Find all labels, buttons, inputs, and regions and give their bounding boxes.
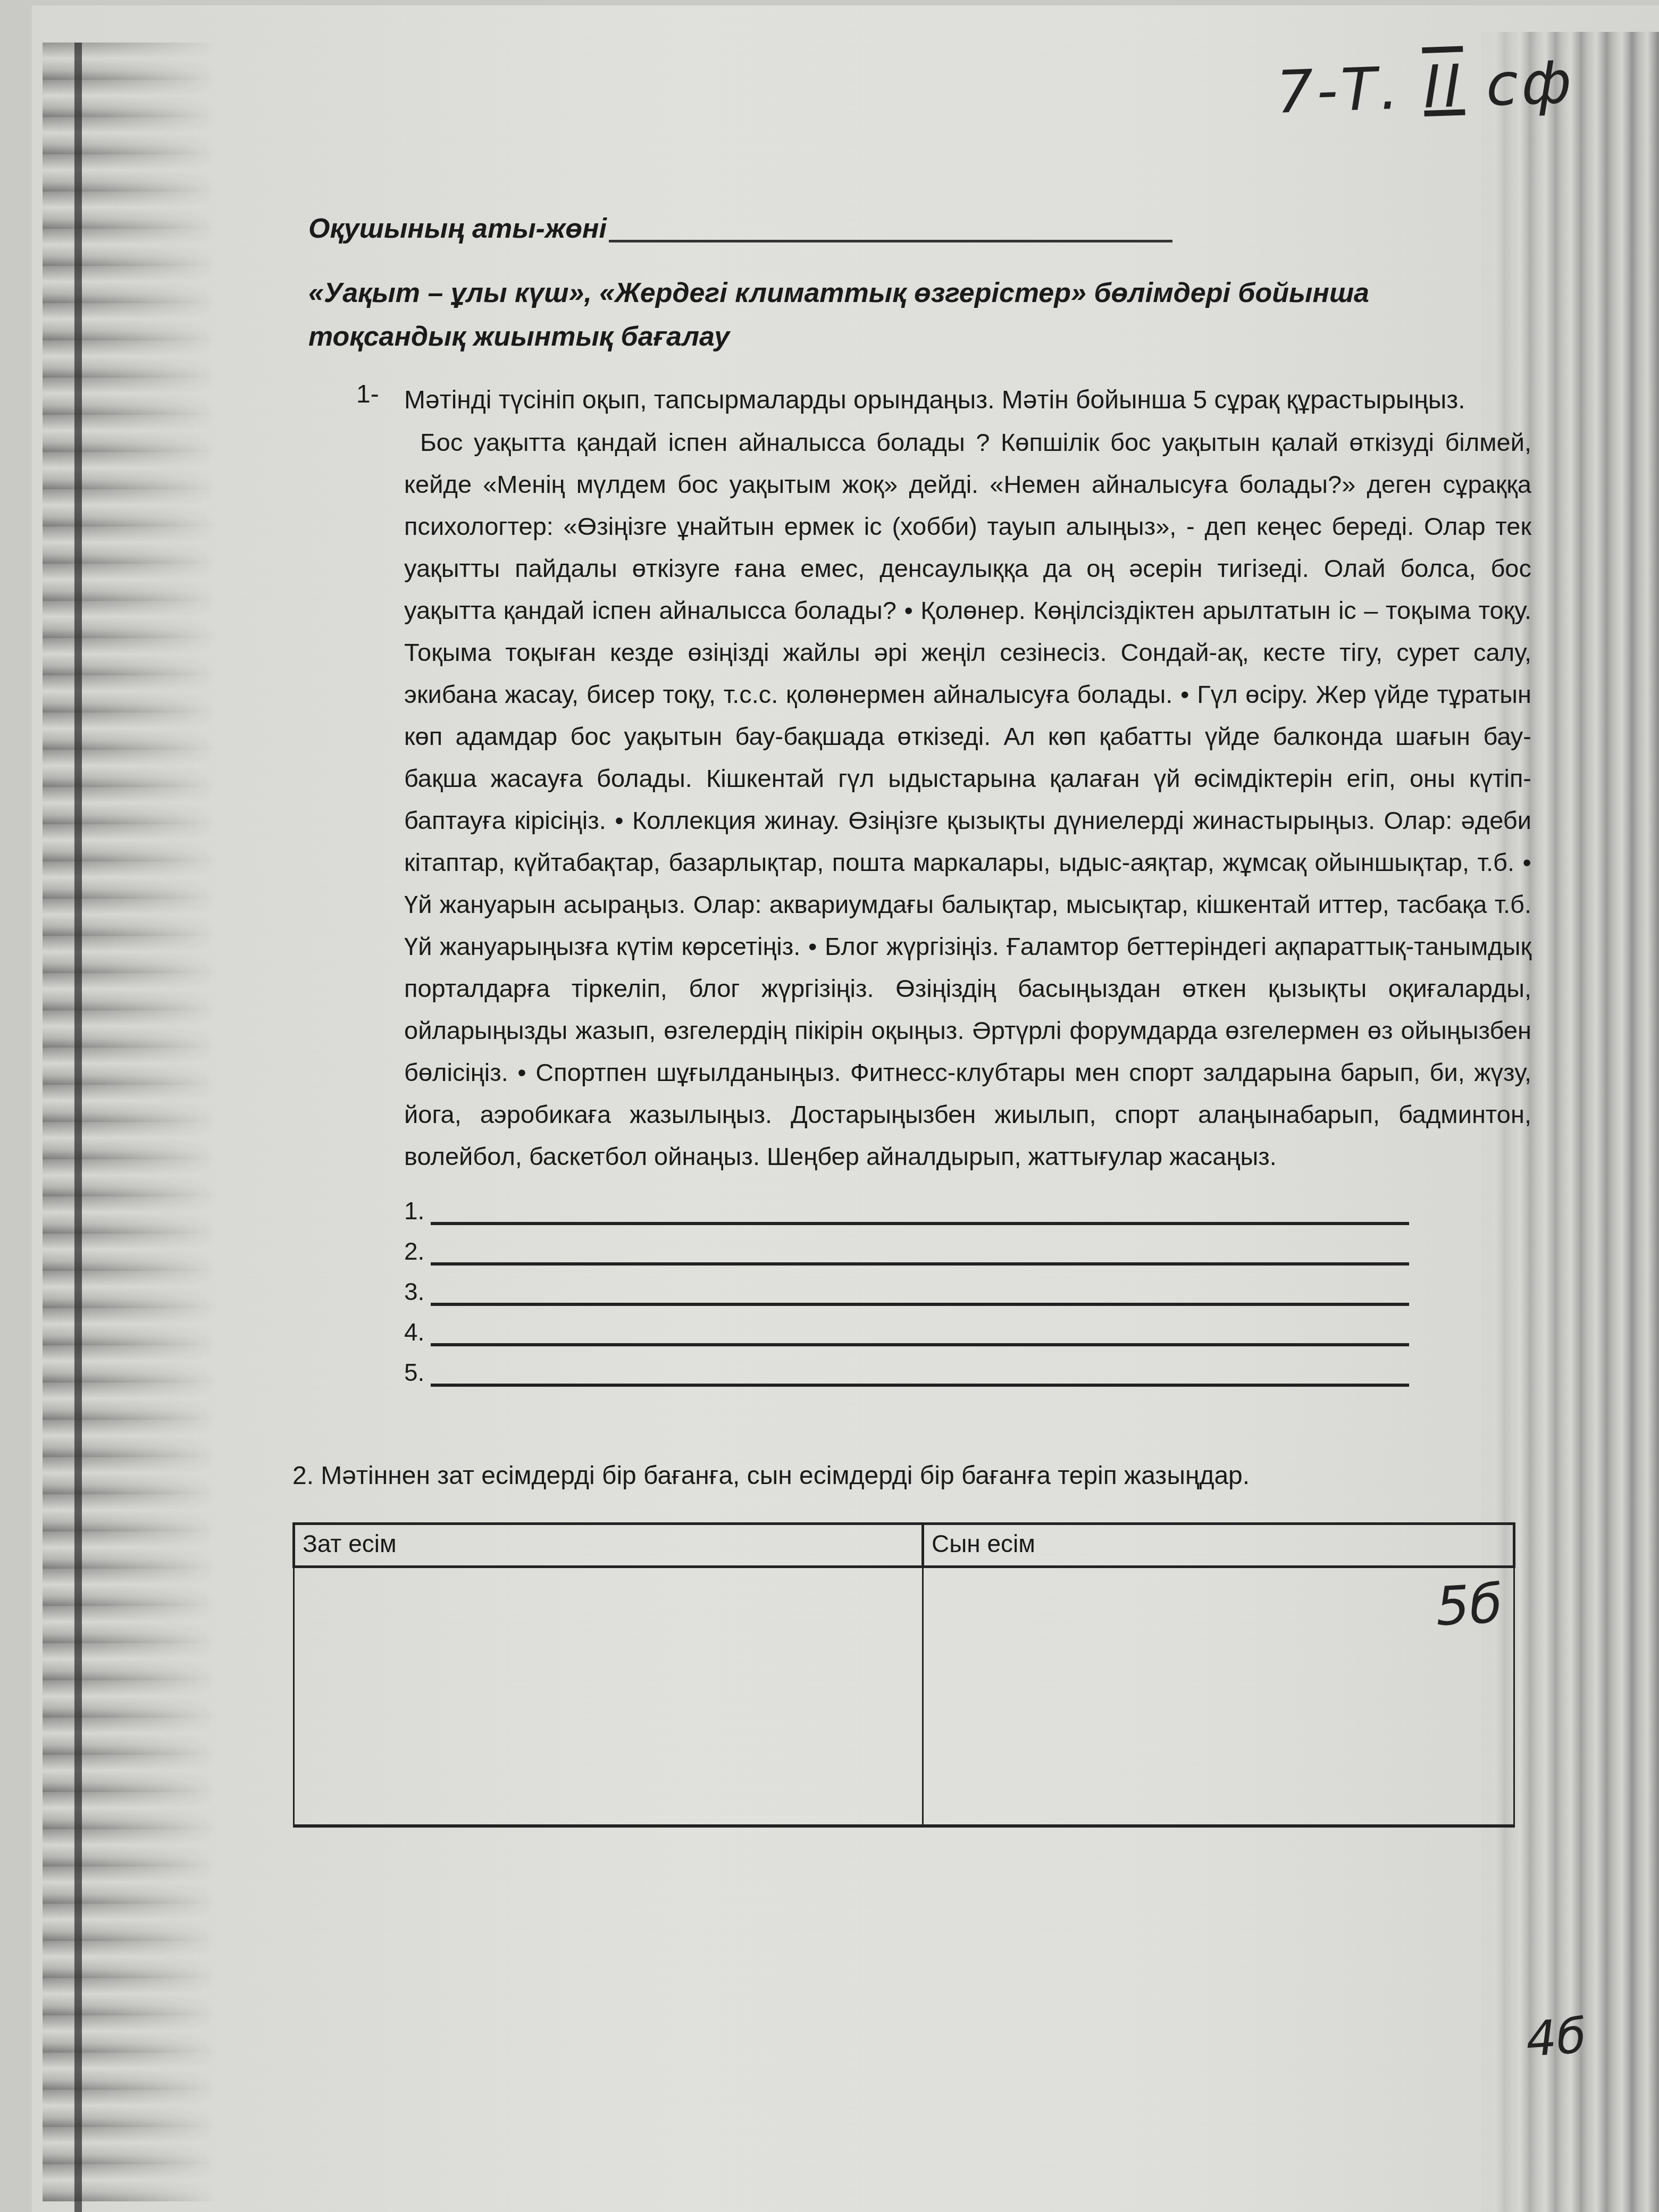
handwritten-score-task-1: 5б xyxy=(1434,1572,1504,1638)
answer-row: 3. xyxy=(404,1266,1531,1306)
answer-row: 1. xyxy=(404,1185,1531,1225)
student-name-row: Оқушының аты-жөні xyxy=(308,197,1542,245)
answer-number: 3. xyxy=(404,1277,431,1306)
student-name-field[interactable] xyxy=(609,240,1172,242)
answer-number: 4. xyxy=(404,1318,431,1346)
class-label-roman: II xyxy=(1422,52,1465,121)
column-header-nouns: Зат есім xyxy=(294,1524,923,1567)
handwritten-class-label: 7-Т. II сф xyxy=(1275,48,1576,127)
answer-row: 5. xyxy=(404,1346,1531,1387)
photocopy-toner-artifact-left xyxy=(43,43,218,2201)
nouns-answer-cell[interactable] xyxy=(294,1567,923,1826)
task-1-number: 1- xyxy=(356,380,404,1387)
answer-list: 1. 2. 3. 4. 5. xyxy=(404,1185,1531,1387)
task-1-instruction: Мәтінді түсініп оқып, тапсырмаларды орын… xyxy=(404,380,1531,421)
handwritten-score-task-2: 4б xyxy=(1524,2008,1588,2068)
task-1: 1- Мәтінді түсініп оқып, тапсырмаларды о… xyxy=(356,380,1542,1387)
answer-number: 2. xyxy=(404,1237,431,1266)
table-row xyxy=(294,1567,1514,1826)
answer-field-5[interactable] xyxy=(431,1362,1409,1387)
task-2: 2. Мәтіннен зат есімдерді бір бағанға, с… xyxy=(292,1461,1542,1828)
column-header-adjectives: Сын есім xyxy=(923,1524,1514,1567)
table-header-row: Зат есім Сын есім xyxy=(294,1524,1514,1567)
answer-row: 4. xyxy=(404,1306,1531,1346)
reading-passage: Бос уақытта қандай іспен айналысса болад… xyxy=(404,421,1531,1177)
adjectives-answer-cell[interactable] xyxy=(923,1567,1514,1826)
answer-field-2[interactable] xyxy=(431,1241,1409,1266)
task-1-body: Мәтінді түсініп оқып, тапсырмаларды орын… xyxy=(404,380,1531,1387)
parts-of-speech-table: Зат есім Сын есім xyxy=(292,1522,1515,1828)
class-label-prefix: 7-Т. xyxy=(1275,54,1403,127)
answer-row: 2. xyxy=(404,1225,1531,1266)
photocopy-edge-line xyxy=(74,43,82,2212)
answer-field-3[interactable] xyxy=(431,1281,1409,1306)
student-name-label: Оқушының аты-жөні xyxy=(308,213,607,245)
class-label-suffix: сф xyxy=(1485,48,1576,119)
answer-number: 1. xyxy=(404,1196,431,1225)
answer-field-1[interactable] xyxy=(431,1201,1409,1225)
answer-field-4[interactable] xyxy=(431,1322,1409,1346)
worksheet-content: Оқушының аты-жөні «Уақыт – ұлы күш», «Же… xyxy=(292,197,1542,1828)
worksheet-title: «Уақыт – ұлы күш», «Жердегі климаттық өз… xyxy=(308,271,1478,358)
task-2-prompt: 2. Мәтіннен зат есімдерді бір бағанға, с… xyxy=(292,1461,1542,1490)
answer-number: 5. xyxy=(404,1358,431,1387)
